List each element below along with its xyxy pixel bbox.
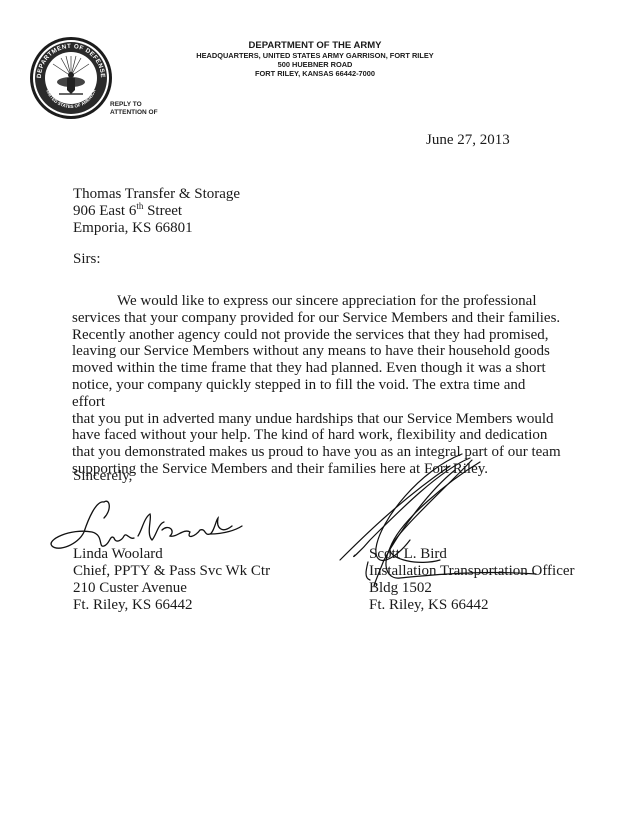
handwritten-signature-linda-woolard-icon: [51, 501, 242, 548]
department-name: DEPARTMENT OF THE ARMY: [160, 41, 470, 51]
signatory-block-left: Linda Woolard Chief, PPTY & Pass Svc Wk …: [73, 546, 270, 614]
signatory-city: Ft. Riley, KS 66442: [369, 597, 575, 614]
signatory-title: Installation Transportation Officer: [369, 563, 575, 580]
department-of-defense-seal-icon: DEPARTMENT OF DEFENSE UNITED STATES OF A…: [29, 36, 113, 120]
body-line: services that your company provided for …: [72, 310, 562, 327]
recipient-city: Emporia, KS 66801: [73, 220, 240, 237]
body-line: notice, your company quickly stepped in …: [72, 377, 562, 411]
city-line: FORT RILEY, KANSAS 66442-7000: [160, 69, 470, 78]
signatory-name: Linda Woolard: [73, 546, 270, 563]
signatory-name: Scott L. Bird: [369, 546, 575, 563]
recipient-street: 906 East 6th Street: [73, 203, 240, 220]
salutation: Sirs:: [73, 251, 101, 268]
letter-date: June 27, 2013: [426, 132, 510, 149]
letter-body: We would like to express our sincere app…: [72, 293, 562, 478]
signatory-title: Chief, PPTY & Pass Svc Wk Ctr: [73, 563, 270, 580]
body-line: moved within the time frame that they ha…: [72, 360, 562, 377]
signatory-block-right: Scott L. Bird Installation Transportatio…: [369, 546, 575, 614]
closing: Sincerely,: [73, 468, 132, 485]
recipient-address: Thomas Transfer & Storage 906 East 6th S…: [73, 186, 240, 237]
body-line: that you put in adverted many undue hard…: [72, 411, 562, 428]
body-line: leaving our Service Members without any …: [72, 343, 562, 360]
body-line: Recently another agency could not provid…: [72, 327, 562, 344]
body-line: have faced without your help. The kind o…: [72, 427, 562, 444]
headquarters-line: HEADQUARTERS, UNITED STATES ARMY GARRISO…: [160, 51, 470, 60]
signatory-address: 210 Custer Avenue: [73, 580, 270, 597]
signatory-city: Ft. Riley, KS 66442: [73, 597, 270, 614]
letterhead: DEPARTMENT OF THE ARMY HEADQUARTERS, UNI…: [160, 41, 470, 78]
body-line: supporting the Service Members and their…: [72, 461, 562, 478]
body-line: We would like to express our sincere app…: [72, 293, 562, 310]
recipient-name: Thomas Transfer & Storage: [73, 186, 240, 203]
body-line: that you demonstrated makes us proud to …: [72, 444, 562, 461]
street-line: 500 HUEBNER ROAD: [160, 60, 470, 69]
signatory-address: Bldg 1502: [369, 580, 575, 597]
reply-to-attention-of: REPLY TO ATTENTION OF: [110, 101, 158, 116]
